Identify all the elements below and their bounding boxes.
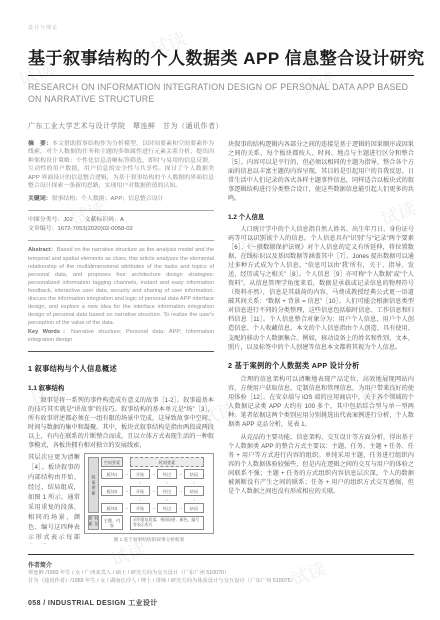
section-2-heading: 2 基于案例的个人数据类 APP 设计分析 [228, 361, 414, 371]
figure-diagram-grid: 空间要素 时间要素 板块1 开始 经过 结局 [101, 457, 210, 530]
abstract-end-divider [28, 351, 214, 352]
wrapped-text: 其层次应更为清晰［4］。板块叙事的内部结构由开始、经过、结局组成，如图 1 所示… [28, 453, 80, 544]
figure-1-caption: 图 1 基于叙事结构的叙事分析框架 [84, 537, 214, 543]
page-footer: 058 / INDUSTRIAL DESIGN 工业设计 [28, 598, 414, 608]
start-node: 开始 [130, 503, 150, 513]
section-1-1-paragraph: 叙事是将一系列的事件构造成有意义的故事［1-2］。叙事最基本的技巧其实就是“讲故… [28, 396, 214, 450]
process-node: 经过 [157, 486, 177, 496]
authors-affiliation: 广东工业大学艺术与设计学院 覃连鲜 甘为（通讯作者） [28, 121, 414, 131]
feature-note-node: 采用重复段落、相同场景、颜色、编号等表示形式 [130, 516, 204, 530]
section-1-1-continued: 块叙事的结构逻辑内各部分之间的连接是基于逻辑的因果顺序或因果之间的关系，每个板块… [228, 140, 414, 203]
article-id-line: 文章编号：1672-7053(2020)02-0058-02 [28, 225, 214, 234]
arrow-right-icon [123, 488, 130, 494]
arrow-right-icon [177, 505, 184, 511]
keywords-en: Key Words：Narrative structure; Personal … [28, 328, 214, 344]
author-bio-1: 覃连鲜 /1993 年生 / 女 / 广西来宾人 / 硕士 / 研究方向为交互设… [28, 569, 414, 577]
page-bottom: 作者简介 覃连鲜 /1993 年生 / 女 / 广西来宾人 / 硕士 / 研究方… [28, 554, 414, 608]
author-bio-label: 作者简介 [28, 560, 414, 569]
section-2-paragraph-2: 从竞品的主要功能、信息架构、交互设计等方面分析，得出基于个人数据类 APP 的整… [228, 433, 414, 496]
start-node: 开始 [130, 486, 150, 496]
arrow-right-icon [150, 505, 157, 511]
right-column: 块叙事的结构逻辑内各部分之间的连接是基于逻辑的因果顺序或因果之间的关系，每个板块… [228, 140, 414, 544]
feature-content-node: 主题、内容 [101, 515, 123, 530]
section-1-2-heading: 1.2 个人信息 [228, 212, 414, 221]
two-column-body: 摘 要：本文借助叙事结构作为分析模型，以时间要素和空间要素作为线索，对个人数据的… [28, 140, 414, 544]
section-1-1-heading: 1.1 叙事结构 [28, 383, 214, 392]
meta-divider-top [28, 210, 214, 211]
abstract-label-en: Abstract： [28, 247, 57, 253]
section-1-2-paragraph: 人口统计学中的个人信息指自然人姓名、出生年月日、身份证号码等可以识别该个人的信息… [228, 225, 414, 352]
block-3-node: 板块3 [101, 503, 123, 513]
footnote-divider [28, 554, 414, 555]
arrow-down-icon [184, 498, 204, 501]
arrow-down-icon [130, 498, 150, 501]
narrative-elements-label: 叙事要素 [88, 457, 99, 513]
feature-elements-label: 特征要素 [88, 515, 99, 530]
abstract-text-en: Based on the narrative structure as the … [28, 247, 214, 326]
arrow-right-icon [177, 488, 184, 494]
abstract-cn: 摘 要：本文借助叙事结构作为分析模型，以时间要素和空间要素作为线索，对个人数据的… [28, 140, 214, 191]
paper-page: 试读 试读 试读 试读 试读 试读 试读 试读 试读 试读 试读 设计与理论 基… [0, 0, 440, 620]
arrow-down-icon [184, 481, 204, 484]
abstract-label-cn: 摘 要： [28, 141, 52, 147]
title-divider [28, 75, 414, 76]
block-2-node: 板块2 [101, 486, 123, 496]
abstract-text-cn: 本文借助叙事结构作为分析模型，以时间要素和空间要素作为线索，对个人数据的任务和主… [28, 141, 214, 190]
arrow-right-icon [123, 471, 130, 477]
article-title-cn: 基于叙事结构的个人数据类 APP 信息整合设计研究 [28, 44, 414, 69]
time-elements-header: 时间要素 [130, 457, 204, 467]
figure-text-wrap: 其层次应更为清晰［4］。板块叙事的内部结构由开始、经过、结局组成，如图 1 所示… [28, 453, 214, 544]
arrow-down-icon [130, 481, 150, 484]
figure-1: 叙事要素 特征要素 空间要素 时间要素 板块1 开始 [84, 453, 214, 544]
arrow-right-icon [150, 471, 157, 477]
article-title-en: RESEARCH ON INFORMATION INTEGRATION DESI… [28, 81, 414, 106]
arrow-right-icon [177, 471, 184, 477]
end-node: 结局 [184, 469, 204, 479]
figure-axis-labels: 叙事要素 特征要素 [88, 457, 99, 530]
end-node: 结局 [184, 486, 204, 496]
clc-line: 中图分类号：J02 文献标识码：A [28, 216, 214, 225]
arrow-right-icon [150, 488, 157, 494]
process-node: 经过 [157, 503, 177, 513]
section-2-paragraph-1: 合理的信息架构可以清晰地表现产品定位，高效地展现网站内容，方便用户获取信息、定制… [228, 375, 414, 429]
arrow-down-icon [157, 481, 177, 484]
keywords-label-en: Key Words： [28, 329, 71, 335]
process-node: 经过 [157, 469, 177, 479]
section-1-heading: 1 叙事结构与个人信息概述 [28, 364, 214, 374]
author-bio-2: 甘为（通讯作者）/1983 年生 / 女 / 湖南长沙人 / 博士 / 讲师 /… [28, 577, 414, 585]
block-1-node: 板块1 [101, 469, 123, 479]
journal-section-label: 设计与理论 [28, 24, 414, 31]
start-node: 开始 [130, 469, 150, 479]
left-column: 摘 要：本文借助叙事结构作为分析模型，以时间要素和空间要素作为线索，对个人数据的… [28, 140, 214, 544]
end-node: 结局 [184, 503, 204, 513]
abstract-en: Abstract：Based on the narrative structur… [28, 246, 214, 327]
arrow-down-icon [157, 498, 177, 501]
space-elements-header: 空间要素 [101, 457, 123, 467]
arrow-right-icon [123, 505, 130, 511]
keywords-label-cn: 关键词： [28, 196, 52, 202]
page-content: 设计与理论 基于叙事结构的个人数据类 APP 信息整合设计研究 RESEARCH… [28, 0, 414, 544]
keywords-cn: 关键词：叙事结构；个人数据；APP；信息整合设计 [28, 195, 214, 204]
clc-block: 中图分类号：J02 文献标识码：A 文章编号：1672-7053(2020)02… [28, 216, 214, 235]
keywords-text-cn: 叙事结构；个人数据；APP；信息整合设计 [52, 196, 164, 202]
figure-1-frame: 叙事要素 特征要素 空间要素 时间要素 板块1 开始 [84, 453, 214, 534]
meta-divider-bottom [28, 240, 214, 241]
